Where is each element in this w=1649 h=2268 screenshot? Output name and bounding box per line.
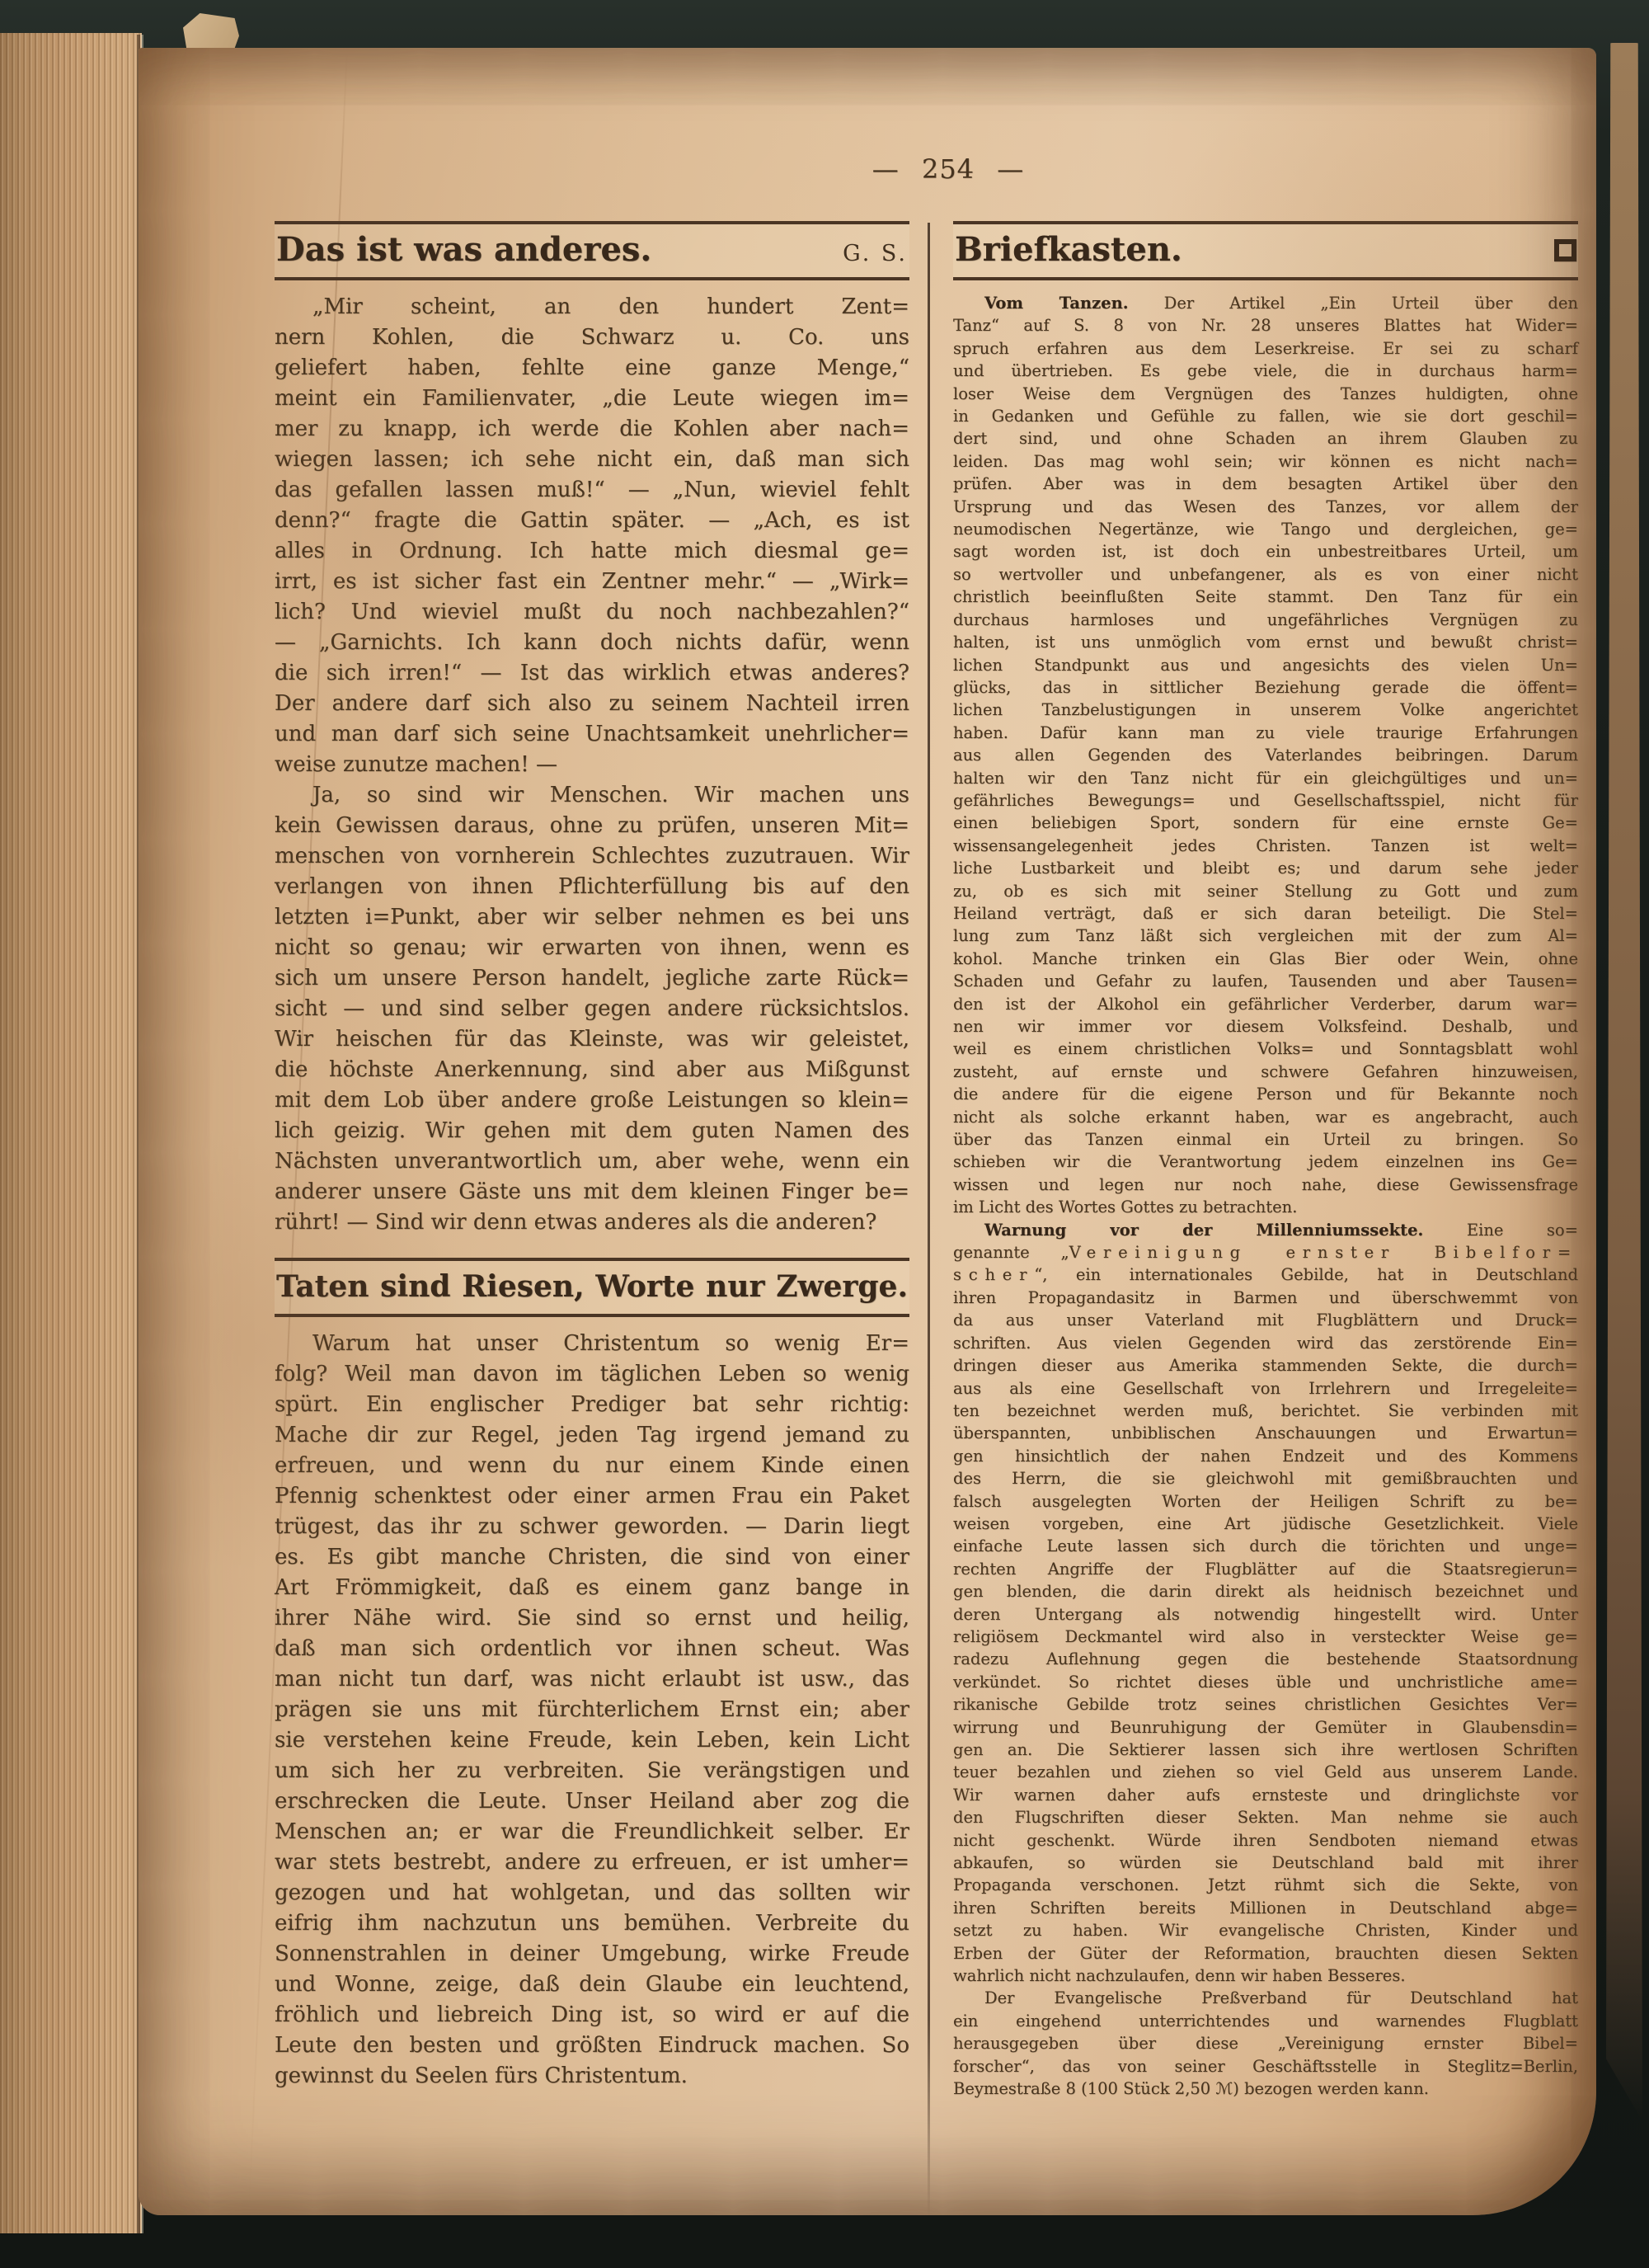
text-line: prägen sie uns mit fürchterlichem Ernst … bbox=[275, 1695, 909, 1725]
text-line: über das Tanzen einmal ein Urteil zu bri… bbox=[953, 1128, 1578, 1150]
text-line: scher“, ein internationales Gebilde, hat… bbox=[953, 1263, 1578, 1286]
text-line: prüfen. Aber was in dem besagten Artikel… bbox=[953, 473, 1578, 495]
briefkasten-title: Briefkasten. bbox=[955, 232, 1182, 268]
text-line: denn?“ fragte die Gattin später. — „Ach,… bbox=[275, 506, 909, 536]
text-line: Nächsten unverantwortlich um, aber wehe,… bbox=[275, 1146, 909, 1177]
briefkasten-header: Briefkasten. bbox=[953, 221, 1578, 280]
text-line: Warnung vor der Millenniumssekte. Eine s… bbox=[953, 1219, 1578, 1241]
text-line: gefährliches Bewegungs= und Gesellschaft… bbox=[953, 789, 1578, 812]
text-line: Vom Tanzen. Der Artikel „Ein Urteil über… bbox=[953, 292, 1578, 314]
text-line: um sich her zu verbreiten. Sie verängsti… bbox=[275, 1756, 909, 1786]
text-line: zu, ob es sich mit seiner Stellung zu Go… bbox=[953, 880, 1578, 902]
text-line: war stets bestrebt, andere zu erfreuen, … bbox=[275, 1847, 909, 1878]
article1-body: „Mir scheint, an den hundert Zent=nern K… bbox=[275, 292, 909, 1238]
column-divider bbox=[928, 223, 930, 2215]
text-line: geliefert haben, fehlte eine ganze Menge… bbox=[275, 353, 909, 383]
text-line: halten, ist uns unmöglich vom ernst und … bbox=[953, 631, 1578, 653]
text-line: nen wir immer vor diesem Volksfeind. Des… bbox=[953, 1015, 1578, 1038]
text-line: den ist der Alkohol ein gefährlicher Ver… bbox=[953, 993, 1578, 1015]
text-line: nicht so genau; wir erwarten von ihnen, … bbox=[275, 933, 909, 963]
text-line: schieben wir die Verantwortung jedem ein… bbox=[953, 1150, 1578, 1173]
text-line: sagt worden ist, ist doch ein unbestreit… bbox=[953, 540, 1578, 562]
page-stack-edge bbox=[0, 33, 142, 2233]
text-line: falsch ausgelegten Worten der Heiligen S… bbox=[953, 1490, 1578, 1513]
text-line: des Herrn, die sie gleichwohl mit gemißb… bbox=[953, 1467, 1578, 1489]
text-line: die andere für die eigene Person und für… bbox=[953, 1083, 1578, 1105]
text-line: Leute den besten und größten Eindruck ma… bbox=[275, 2030, 909, 2061]
text-line: trügest, das ihr zu schwer geworden. — D… bbox=[275, 1512, 909, 1542]
text-line: — „Garnichts. Ich kann doch nichts dafür… bbox=[275, 628, 909, 658]
text-line: einfache Leute lassen sich durch die tör… bbox=[953, 1535, 1578, 1557]
text-line: radezu Auflehnung gegen die bestehende S… bbox=[953, 1648, 1578, 1670]
paragraph: Vom Tanzen. Der Artikel „Ein Urteil über… bbox=[953, 292, 1578, 1219]
text-line: rikanische Gebilde trotz seines christli… bbox=[953, 1693, 1578, 1715]
text-line: zusteht, auf ernste und schwere Gefahren… bbox=[953, 1061, 1578, 1083]
text-line: erschrecken die Leute. Unser Heiland abe… bbox=[275, 1786, 909, 1817]
text-line: Der andere darf sich also zu seinem Nach… bbox=[275, 689, 909, 719]
text-line: die höchste Anerkennung, sind aber aus M… bbox=[275, 1055, 909, 1085]
text-line: Mache dir zur Regel, jeden Tag irgend je… bbox=[275, 1420, 909, 1451]
article2-title: Taten sind Riesen, Worte nur Zwerge. bbox=[276, 1268, 908, 1305]
text-line: weil es einem christlichen Volks= und So… bbox=[953, 1038, 1578, 1060]
text-line: christlich beeinflußten Seite stammt. De… bbox=[953, 586, 1578, 608]
text-line: das gefallen lassen muß!“ — „Nun, wievie… bbox=[275, 475, 909, 506]
text-line: weisen vorgeben, eine Art jüdische Geset… bbox=[953, 1513, 1578, 1535]
text-line: Ja, so sind wir Menschen. Wir machen uns bbox=[275, 780, 909, 811]
text-line: ihrer Nähe wird. Sie sind so ernst und h… bbox=[275, 1603, 909, 1634]
text-line: halten wir den Tanz nicht für ein gleich… bbox=[953, 767, 1578, 789]
text-line: kohol. Manche trinken ein Glas Bier oder… bbox=[953, 948, 1578, 970]
text-line: menschen von vornherein Schlechtes zuzut… bbox=[275, 841, 909, 872]
article2-header: Taten sind Riesen, Worte nur Zwerge. bbox=[275, 1258, 909, 1317]
paragraph: „Mir scheint, an den hundert Zent=nern K… bbox=[275, 292, 909, 780]
text-line: deren Untergang als notwendig hingestell… bbox=[953, 1603, 1578, 1626]
text-line: setzt zu haben. Wir evangelische Christe… bbox=[953, 1919, 1578, 1941]
text-line: wissen und legen nur noch nahe, diese Ge… bbox=[953, 1174, 1578, 1196]
text-line: mit dem Lob über andere große Leistungen… bbox=[275, 1085, 909, 1116]
text-line: spürt. Ein englischer Prediger bat sehr … bbox=[275, 1390, 909, 1420]
text-line: nern Kohlen, die Schwarz u. Co. uns bbox=[275, 322, 909, 353]
text-line: gen hinsichtlich der nahen Endzeit und d… bbox=[953, 1445, 1578, 1467]
left-column: Das ist was anderes. G. S. „Mir scheint,… bbox=[275, 221, 909, 2092]
text-line: Propaganda verschonen. Jetzt rühmt sich … bbox=[953, 1874, 1578, 1896]
text-line: und Wonne, zeige, daß dein Glaube ein le… bbox=[275, 1969, 909, 2000]
text-line: lichen Tanzbelustigungen in unserem Volk… bbox=[953, 699, 1578, 721]
text-line: daß man sich ordentlich vor ihnen scheut… bbox=[275, 1634, 909, 1664]
text-line: erfreuen, und wenn du nur einem Kinde ei… bbox=[275, 1451, 909, 1481]
text-line: in Gedanken und Gefühle zu fallen, wie s… bbox=[953, 405, 1578, 427]
text-line: nicht als solche erkannt haben, war es a… bbox=[953, 1106, 1578, 1128]
text-line: rührt! — Sind wir denn etwas anderes als… bbox=[275, 1207, 909, 1238]
text-line: Erben der Güter der Reformation, braucht… bbox=[953, 1942, 1578, 1965]
text-line: es. Es gibt manche Christen, die sind vo… bbox=[275, 1542, 909, 1573]
text-line: wirrung und Beunruhigung der Gemüter in … bbox=[953, 1716, 1578, 1739]
text-line: ein eingehend unterrichtendes und warnen… bbox=[953, 2010, 1578, 2032]
text-line: wahrlich nicht nachzulaufen, denn wir ha… bbox=[953, 1965, 1578, 1987]
text-line: neumodischen Negertänze, wie Tango und d… bbox=[953, 518, 1578, 540]
text-line: Ursprung und das Wesen des Tanzes, vor a… bbox=[953, 496, 1578, 518]
text-line: ten bezeichnet werden muß, berichtet. Si… bbox=[953, 1400, 1578, 1422]
text-line: Beymestraße 8 (100 Stück 2,50 ℳ) bezogen… bbox=[953, 2077, 1578, 2100]
text-line: gen an. Die Sektierer lassen sich ihre w… bbox=[953, 1739, 1578, 1761]
text-line: ihren Propagandasitz in Barmen und übers… bbox=[953, 1287, 1578, 1309]
text-line: teuer bezahlen und ziehen so viel Geld a… bbox=[953, 1761, 1578, 1783]
text-line: gezogen und hat wohlgetan, und das sollt… bbox=[275, 1878, 909, 1908]
text-line: einen beliebigen Sport, sondern für eine… bbox=[953, 812, 1578, 834]
article2-body: Warum hat unser Christentum so wenig Er=… bbox=[275, 1329, 909, 2092]
text-line: liche Lustbarkeit und bleibt es; und dar… bbox=[953, 857, 1578, 879]
text-line: meint ein Familienvater, „die Leute wieg… bbox=[275, 383, 909, 414]
text-line: lung zum Tanz läßt sich vergleichen mit … bbox=[953, 925, 1578, 947]
text-line: herausgegeben über diese „Vereinigung er… bbox=[953, 2032, 1578, 2054]
text-line: lich? Und wieviel mußt du noch nachbezah… bbox=[275, 597, 909, 628]
text-line: wiegen lassen; ich sehe nicht ein, daß m… bbox=[275, 445, 909, 475]
text-line: dert sind, und ohne Schaden an ihrem Gla… bbox=[953, 427, 1578, 449]
text-line: sicht — und sind selber gegen andere rüc… bbox=[275, 994, 909, 1024]
text-line: weise zunutze machen! — bbox=[275, 750, 909, 780]
text-line: Pfennig schenktest oder einer armen Frau… bbox=[275, 1481, 909, 1512]
text-line: Tanz“ auf S. 8 von Nr. 28 unseres Blatte… bbox=[953, 314, 1578, 336]
briefkasten-body: Vom Tanzen. Der Artikel „Ein Urteil über… bbox=[953, 292, 1578, 2101]
text-line: die sich irren!“ — Ist das wirklich etwa… bbox=[275, 658, 909, 689]
text-line: mer zu knapp, ich werde die Kohlen aber … bbox=[275, 414, 909, 445]
article1-byline: G. S. bbox=[843, 241, 908, 266]
text-line: leiden. Das mag wohl sein; wir können es… bbox=[953, 450, 1578, 473]
page: — 254 — Das ist was anderes. G. S. „Mir … bbox=[139, 48, 1596, 2215]
text-line: anderer unsere Gäste uns mit dem kleinen… bbox=[275, 1177, 909, 1207]
text-line: glücks, das in sittlicher Beziehung gera… bbox=[953, 676, 1578, 699]
book-scan: — 254 — Das ist was anderes. G. S. „Mir … bbox=[0, 0, 1649, 2268]
text-line: man nicht tun darf, was nicht erlaubt is… bbox=[275, 1664, 909, 1695]
text-line: verlangen von ihnen Pflichterfüllung bis… bbox=[275, 872, 909, 902]
paragraph: Ja, so sind wir Menschen. Wir machen uns… bbox=[275, 780, 909, 1238]
right-page-fore-edge bbox=[1606, 43, 1642, 2121]
text-line: genannte „Vereinigung ernster Bibelfor= bbox=[953, 1241, 1578, 1263]
text-line: folg? Weil man davon im täglichen Leben … bbox=[275, 1359, 909, 1390]
text-line: nicht geschenkt. Würde ihren Sendboten n… bbox=[953, 1829, 1578, 1852]
text-line: Art Frömmigkeit, daß es einem ganz bange… bbox=[275, 1573, 909, 1603]
text-line: fröhlich und liebreich Ding ist, so wird… bbox=[275, 2000, 909, 2030]
text-line: Wir heischen für das Kleinste, was wir g… bbox=[275, 1024, 909, 1055]
paragraph: Warum hat unser Christentum so wenig Er=… bbox=[275, 1329, 909, 2092]
text-line: aus als eine Gesellschaft von Irrlehrern… bbox=[953, 1377, 1578, 1400]
text-line: schriften. Aus vielen Gegenden wird das … bbox=[953, 1332, 1578, 1354]
text-line: und übertrieben. Es gebe viele, die in d… bbox=[953, 360, 1578, 382]
text-line: wissensangelegenheit jedes Christen. Tan… bbox=[953, 835, 1578, 857]
text-line: gen blenden, die darin direkt als heidni… bbox=[953, 1580, 1578, 1602]
paragraph: Warnung vor der Millenniumssekte. Eine s… bbox=[953, 1219, 1578, 1988]
text-line: letzten i=Punkt, aber wir selber nehmen … bbox=[275, 902, 909, 933]
text-line: verkündet. So richtet dieses üble und un… bbox=[953, 1671, 1578, 1693]
text-line: eifrig ihm nachzutun uns bemühen. Verbre… bbox=[275, 1908, 909, 1939]
text-line: sich um unsere Person handelt, jegliche … bbox=[275, 963, 909, 994]
article1-header: Das ist was anderes. G. S. bbox=[275, 221, 909, 280]
square-ornament-icon bbox=[1554, 239, 1576, 261]
text-line: lichen Standpunkt aus und angesichts des… bbox=[953, 654, 1578, 676]
text-line: Heiland verträgt, daß er sich daran bete… bbox=[953, 902, 1578, 925]
text-line: sie verstehen keine Freude, kein Leben, … bbox=[275, 1725, 909, 1756]
text-line: abkaufen, so würden sie Deutschland bald… bbox=[953, 1852, 1578, 1874]
text-line: Der Evangelische Preßverband für Deutsch… bbox=[953, 1987, 1578, 2009]
paragraph: Der Evangelische Preßverband für Deutsch… bbox=[953, 1987, 1578, 2100]
text-line: forscher“, das von seiner Geschäftsstell… bbox=[953, 2055, 1578, 2077]
text-line: alles in Ordnung. Ich hatte mich diesmal… bbox=[275, 536, 909, 567]
text-line: religiösem Deckmantel wird also in verst… bbox=[953, 1626, 1578, 1648]
text-line: durchaus harmloses und ungefährliches Ve… bbox=[953, 609, 1578, 631]
right-column: Briefkasten. Vom Tanzen. Der Artikel „Ei… bbox=[953, 221, 1578, 2101]
text-line: Warum hat unser Christentum so wenig Er= bbox=[275, 1329, 909, 1359]
text-line: dringen dieser aus Amerika stammenden Se… bbox=[953, 1354, 1578, 1376]
text-line: „Mir scheint, an den hundert Zent= bbox=[275, 292, 909, 322]
text-line: überspannten, unbiblischen Anschauungen … bbox=[953, 1422, 1578, 1444]
text-line: lich geizig. Wir gehen mit dem guten Nam… bbox=[275, 1116, 909, 1146]
text-line: aus allen Gegenden des Vaterlandes beibr… bbox=[953, 744, 1578, 766]
text-line: haben. Dafür kann man zu viele traurige … bbox=[953, 722, 1578, 744]
text-line: da aus unser Vaterland mit Flugblättern … bbox=[953, 1309, 1578, 1331]
page-number: — 254 — bbox=[866, 153, 1031, 185]
text-line: Schaden und Gefahr zu laufen, Tausenden … bbox=[953, 970, 1578, 992]
text-line: gewinnst du Seelen fürs Christentum. bbox=[275, 2061, 909, 2092]
text-line: loser Weise dem Vergnügen des Tanzes hul… bbox=[953, 383, 1578, 405]
text-line: Sonnenstrahlen in deiner Umgebung, wirke… bbox=[275, 1939, 909, 1969]
text-line: rechten Angriffe der Flugblätter auf die… bbox=[953, 1558, 1578, 1580]
text-line: spruch erfahren aus dem Leserkreise. Er … bbox=[953, 337, 1578, 360]
text-line: ihren Schriften bereits Millionen in Deu… bbox=[953, 1897, 1578, 1919]
text-line: kein Gewissen daraus, ohne zu prüfen, un… bbox=[275, 811, 909, 841]
text-line: im Licht des Wortes Gottes zu betrachten… bbox=[953, 1196, 1578, 1218]
text-line: und man darf sich seine Unachtsamkeit un… bbox=[275, 719, 909, 750]
text-line: so wertvoller und unbefangener, als es v… bbox=[953, 563, 1578, 586]
text-line: irrt, es ist sicher fast ein Zentner meh… bbox=[275, 567, 909, 597]
text-line: Wir warnen daher aufs ernsteste und drin… bbox=[953, 1784, 1578, 1806]
article1-title: Das ist was anderes. bbox=[276, 232, 651, 268]
text-line: Menschen an; er war die Freundlichkeit s… bbox=[275, 1817, 909, 1847]
text-line: den Flugschriften dieser Sekten. Man neh… bbox=[953, 1806, 1578, 1828]
